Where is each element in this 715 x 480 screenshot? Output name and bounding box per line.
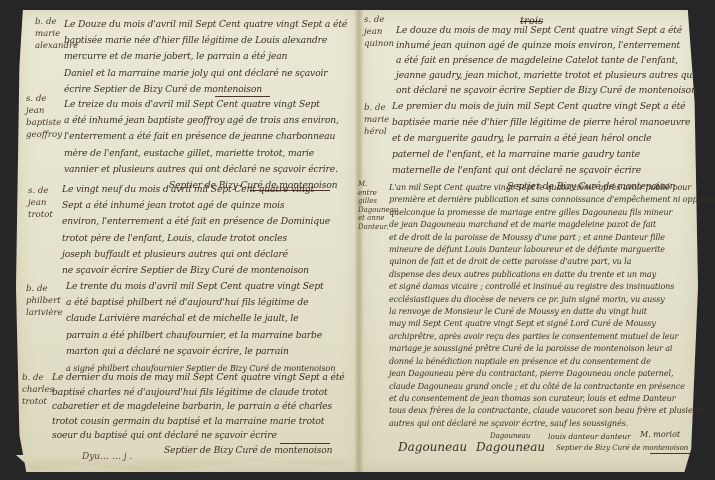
bottom-scribble: Dyu… … j .	[82, 452, 132, 462]
signature-dagouneau-3: Dagouneau	[490, 432, 530, 440]
signature-flourish	[250, 190, 330, 191]
margin-note-baptism-charles-trotot: b. de charles trotot	[22, 372, 54, 408]
entry-baptism-marie-alexandre: Le Douze du mois d'avril mil Sept Cent q…	[64, 17, 347, 98]
signature-flourish	[215, 96, 270, 97]
page-fold	[355, 10, 363, 472]
entry-burial-jean-quinon: Le douze du mois de may mil Sept Cent qu…	[396, 23, 697, 98]
signature-septier-de-bizy: Septier de Bizy Curé de montenoison	[556, 444, 688, 452]
signature-moriot: M. moriot	[640, 430, 680, 439]
entry-baptism-charles-trotot: Le dernier du mois de may mil Sept Cent …	[52, 371, 345, 458]
margin-note-burial-jean-baptiste-geoffroy: s. de jean baptiste geoffroy	[26, 93, 62, 141]
entry-baptism-philbert-lariviere: Le trente du mois d'avril mil Sept Cent …	[66, 279, 335, 376]
signature-dagouneau-1: Dagouneau	[398, 440, 467, 454]
margin-note-burial-jean-quinon: s. de jean quinon	[364, 14, 394, 50]
signature-flourish	[650, 453, 690, 454]
entry-burial-jean-baptiste-geoffroy: Le treize du mois d'avril mil Sept Cent …	[64, 97, 339, 194]
margin-note-burial-jean-trotot: s. de jean trotot	[28, 185, 53, 221]
signature-dagouneau-2: Dagouneau	[476, 440, 545, 454]
entry-marriage-gilles-dagouneau-anne-danteur: L'an mil Sept Cent quatre vingt Sept le …	[389, 181, 715, 429]
margin-note-baptism-philbert-lariviere: b. de philbert larivière	[26, 283, 63, 319]
signature-flourish	[280, 443, 330, 444]
signature-louis-danteur: louis danteur danteur	[548, 432, 631, 441]
margin-note-baptism-marie-herol: b. de marie hérol	[364, 102, 389, 138]
entry-burial-jean-trotot: Le vingt neuf du mois d'avril mil Sept C…	[62, 182, 330, 279]
